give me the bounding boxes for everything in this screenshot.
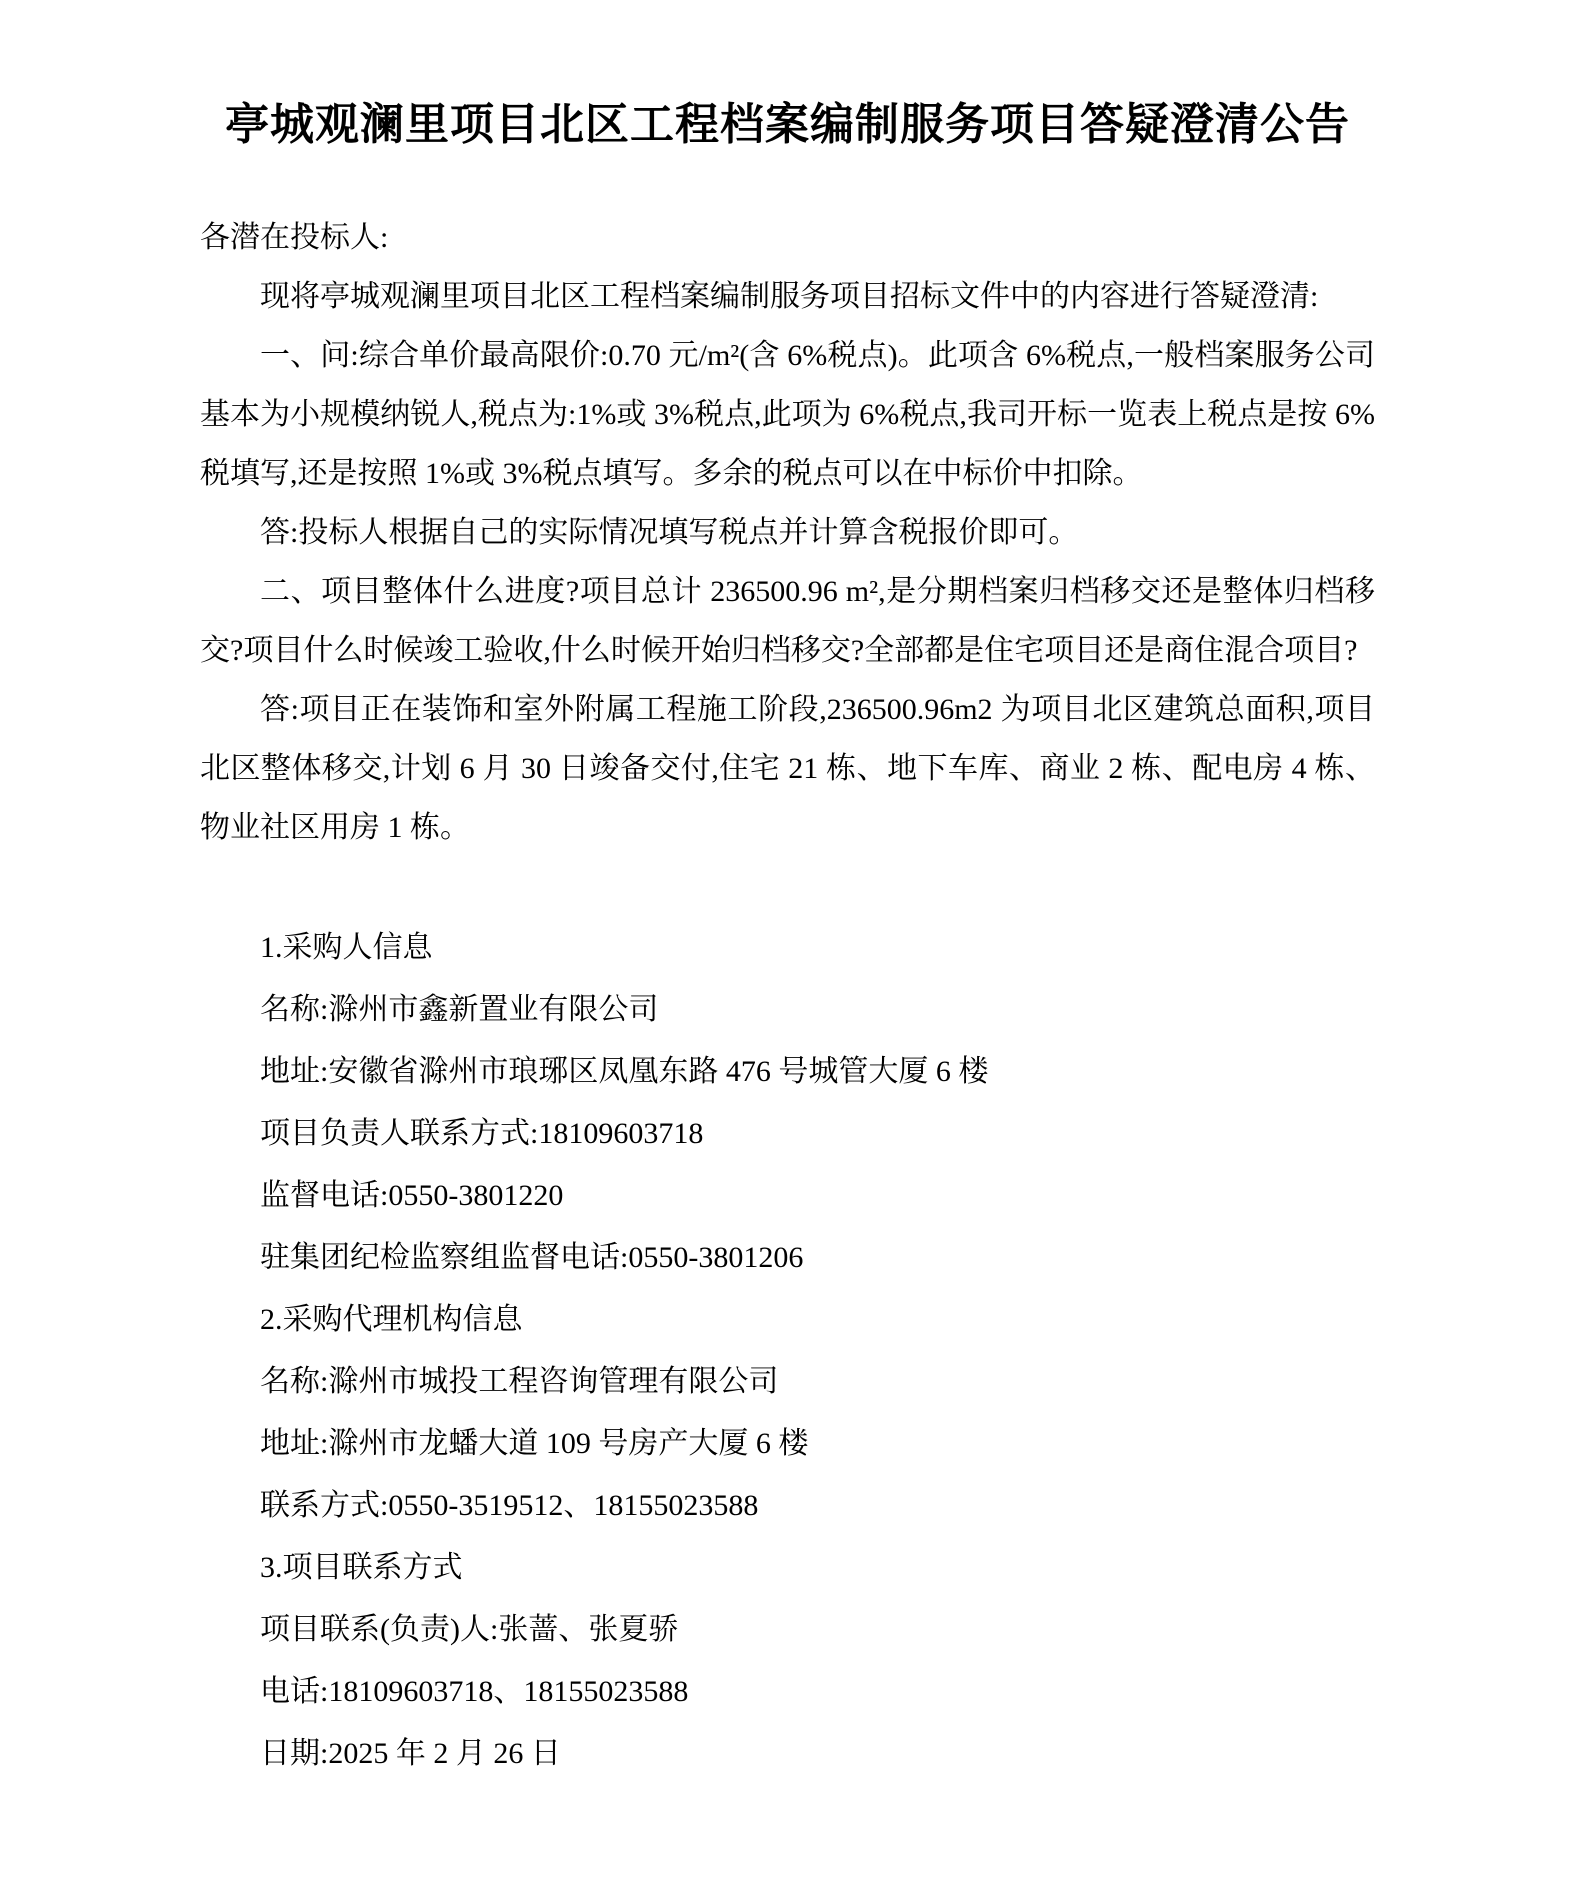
purchaser-name-line: 名称:滁州市鑫新置业有限公司	[200, 979, 1375, 1041]
project-contact-person-line: 项目联系(负责)人:张蔷、张夏骄	[200, 1599, 1375, 1661]
supervision-phone-line: 监督电话:0550-3801220	[200, 1165, 1375, 1227]
document-title: 亭城观澜里项目北区工程档案编制服务项目答疑澄清公告	[200, 92, 1375, 158]
section-heading: 2.采购代理机构信息	[200, 1289, 1375, 1351]
section-heading: 1.采购人信息	[200, 917, 1375, 979]
section-purchaser-info: 1.采购人信息 名称:滁州市鑫新置业有限公司 地址:安徽省滁州市琅琊区凤凰东路 …	[200, 917, 1375, 1289]
agency-address-line: 地址:滁州市龙蟠大道 109 号房产大厦 6 楼	[200, 1413, 1375, 1475]
section-heading: 3.项目联系方式	[200, 1537, 1375, 1599]
salutation: 各潜在投标人:	[200, 208, 1375, 267]
document-page: 亭城观澜里项目北区工程档案编制服务项目答疑澄清公告 各潜在投标人: 现将亭城观澜…	[0, 0, 1587, 1899]
section-agency-info: 2.采购代理机构信息 名称:滁州市城投工程咨询管理有限公司 地址:滁州市龙蟠大道…	[200, 1289, 1375, 1537]
purchaser-contact-line: 项目负责人联系方式:18109603718	[200, 1103, 1375, 1165]
document-body: 各潜在投标人: 现将亭城观澜里项目北区工程档案编制服务项目招标文件中的内容进行答…	[200, 208, 1375, 1785]
blank-line	[200, 857, 1375, 917]
qa2-answer: 答:项目正在装饰和室外附属工程施工阶段,236500.96m2 为项目北区建筑总…	[200, 680, 1375, 857]
purchaser-address-line: 地址:安徽省滁州市琅琊区凤凰东路 476 号城管大厦 6 楼	[200, 1041, 1375, 1103]
project-contact-phone-line: 电话:18109603718、18155023588	[200, 1661, 1375, 1723]
qa2-question: 二、项目整体什么进度?项目总计 236500.96 m²,是分期档案归档移交还是…	[200, 562, 1375, 680]
agency-contact-line: 联系方式:0550-3519512、18155023588	[200, 1475, 1375, 1537]
intro-paragraph: 现将亭城观澜里项目北区工程档案编制服务项目招标文件中的内容进行答疑澄清:	[200, 267, 1375, 326]
qa1-question: 一、问:综合单价最高限价:0.70 元/m²(含 6%税点)。此项含 6%税点,…	[200, 326, 1375, 503]
qa1-answer: 答:投标人根据自己的实际情况填写税点并计算含税报价即可。	[200, 503, 1375, 562]
discipline-inspection-phone-line: 驻集团纪检监察组监督电话:0550-3801206	[200, 1227, 1375, 1289]
agency-name-line: 名称:滁州市城投工程咨询管理有限公司	[200, 1351, 1375, 1413]
section-project-contact: 3.项目联系方式 项目联系(负责)人:张蔷、张夏骄 电话:18109603718…	[200, 1537, 1375, 1785]
date-line: 日期:2025 年 2 月 26 日	[200, 1723, 1375, 1785]
